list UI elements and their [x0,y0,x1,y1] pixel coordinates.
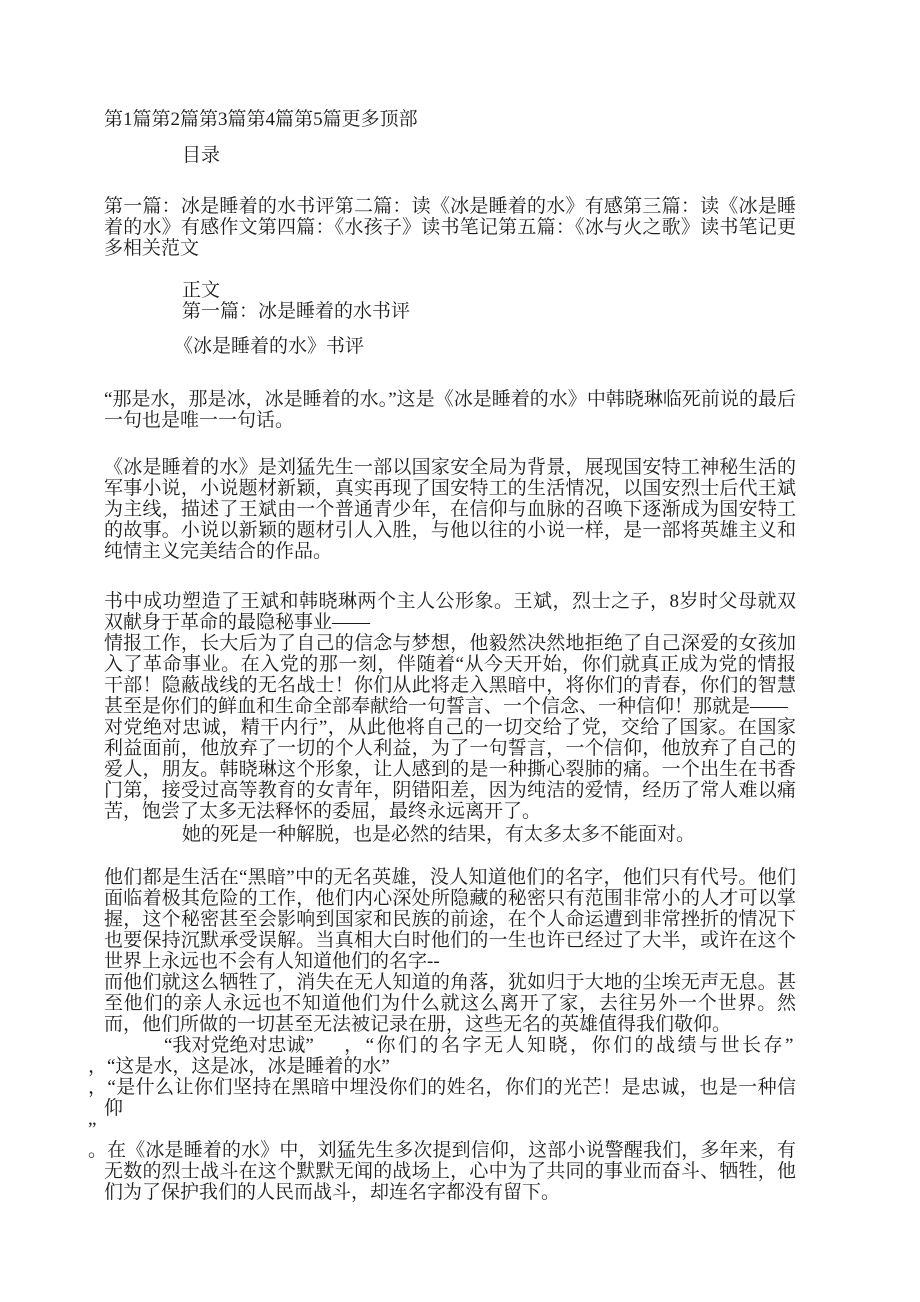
section-header: 正文 第一篇：冰是睡着的水书评 [104,280,796,322]
paragraph-unsung-heroes-part2: 而他们就这么牺牲了，消失在无人知道的角落，犹如归于大地的尘埃无声无息。甚至他们的… [104,972,796,1035]
nav-link-more[interactable]: 更多 [342,109,380,130]
body-label: 正文 [104,280,796,301]
paragraph-characters-part1: 书中成功塑造了王斌和韩晓琳两个主人公形象。王斌，烈士之子，8岁时父母就双双献身于… [104,591,796,633]
paragraph-characters: 书中成功塑造了王斌和韩晓琳两个主人公形象。王斌，烈士之子，8岁时父母就双双献身于… [104,591,796,822]
paragraph-unsung-heroes-part1: 他们都是生活在“黑暗”中的无名英雄，没人知道他们的名字，他们只有代号。他们面临着… [104,867,796,972]
quote-block: “我对党绝对忠诚”，“你们的名字无人知晓，你们的战绩与世长存” ，“这是水，这是… [104,1035,796,1140]
paragraph-conclusion: 。在《冰是睡着的水》中，刘猛先生多次提到信仰，这部小说警醒我们，多年来，有无数的… [104,1140,796,1203]
toc-heading: 目录 [104,145,796,166]
nav-link-part5[interactable]: 第5篇 [294,109,342,130]
paragraph-unsung-heroes: 他们都是生活在“黑暗”中的无名英雄，没人知道他们的名字，他们只有代号。他们面临着… [104,867,796,1035]
quote-ice-water: ，“这是水，这是冰，冰是睡着的水” [104,1056,796,1077]
nav-link-part3[interactable]: 第3篇 [199,109,247,130]
nav-link-part1[interactable]: 第1篇 [104,109,152,130]
quote-line-1: “我对党绝对忠诚”，“你们的名字无人知晓，你们的战绩与世长存” [104,1035,796,1056]
nav-link-top[interactable]: 顶部 [380,109,418,130]
document-page: 第1篇第2篇第3篇第4篇第5篇更多顶部 目录 第一篇：冰是睡着的水书评第二篇：读… [0,0,920,1302]
quote-faith: ，“是什么让你们坚持在黑暗中埋没你们的姓名，你们的光芒！是忠诚，也是一种信仰 [104,1077,796,1119]
quote-loyalty: “我对党绝对忠诚” [164,1035,314,1056]
section-title: 第一篇：冰是睡着的水书评 [104,301,796,322]
nav-link-part2[interactable]: 第2篇 [152,109,200,130]
document-content: 第1篇第2篇第3篇第4篇第5篇更多顶部 目录 第一篇：冰是睡着的水书评第二篇：读… [104,109,796,1203]
paragraph-characters-part3: 对党绝对忠诚，精干内行”，从此他将自己的一切交给了党，交给了国家。在国家利益面前… [104,717,796,822]
toc-list: 第一篇：冰是睡着的水书评第二篇：读《冰是睡着的水》有感第三篇：读《冰是睡着的水》… [104,196,796,259]
pagination-nav: 第1篇第2篇第3篇第4篇第5篇更多顶部 [104,109,796,130]
nav-link-part4[interactable]: 第4篇 [247,109,295,130]
review-title: 《冰是睡着的水》书评 [104,336,796,357]
quote-names-unknown: ，“你们的名字无人知晓，你们的战绩与世长存” [344,1035,796,1056]
paragraph-characters-part2: 情报工作，长大后为了自己的信念与梦想，他毅然决然地拒绝了自己深爱的女孩加入了革命… [104,633,796,717]
paragraph-book-intro: 《冰是睡着的水》是刘猛先生一部以国家安全局为背景，展现国安特工神秘生活的军事小说… [104,457,796,562]
paragraph-last-words: “那是水，那是冰，冰是睡着的水。”这是《冰是睡着的水》中韩晓琳临死前说的最后一句… [104,389,796,431]
quote-closing-mark: ” [104,1119,796,1140]
paragraph-her-death: 她的死是一种解脱，也是必然的结果，有太多太多不能面对。 [104,824,796,845]
